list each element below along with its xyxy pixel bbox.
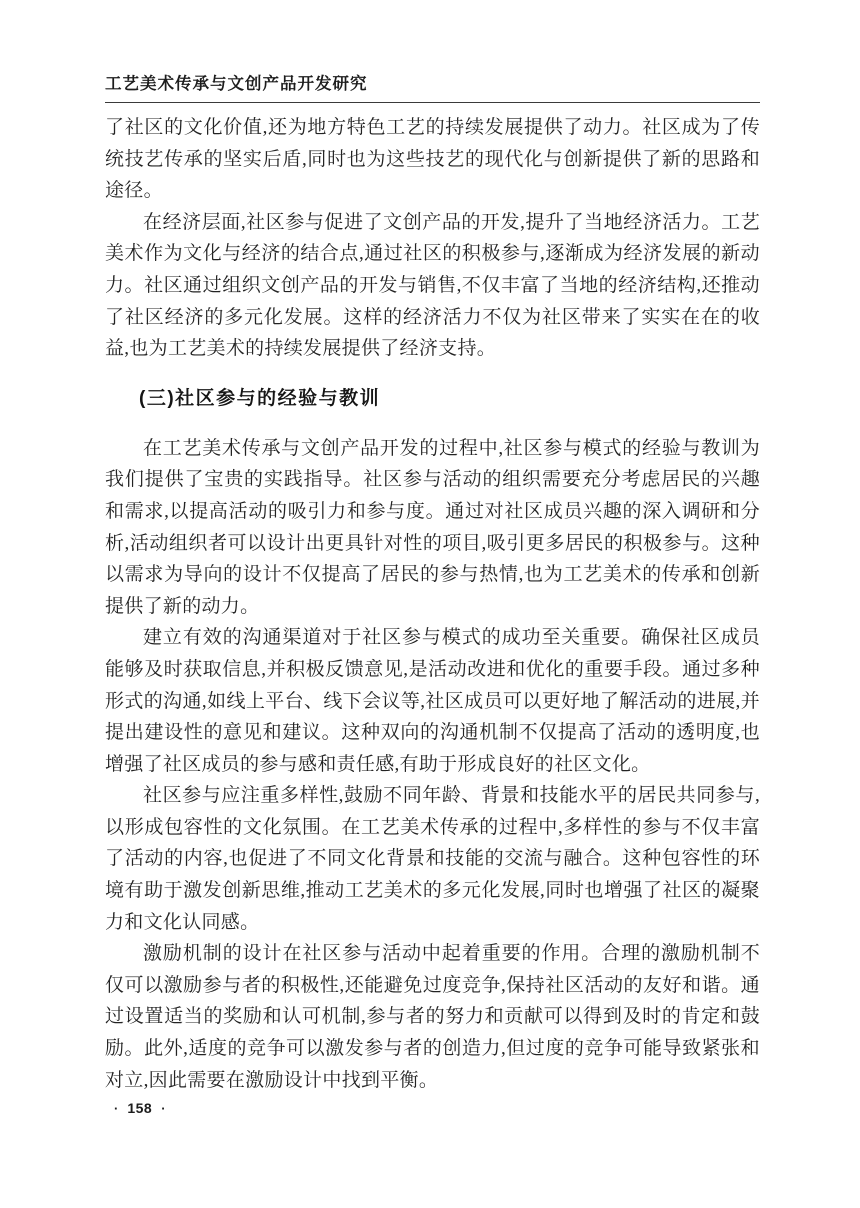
body-paragraph: 了社区的文化价值,还为地方特色工艺的持续发展提供了动力。社区成为了传统技艺传承的… (105, 112, 760, 207)
page-header: 工艺美术传承与文创产品开发研究 (105, 74, 760, 103)
body-paragraph: 在工艺美术传承与文创产品开发的过程中,社区参与模式的经验与教训为我们提供了宝贵的… (105, 433, 760, 623)
body-paragraph: 在经济层面,社区参与促进了文创产品的开发,提升了当地经济活力。工艺美术作为文化与… (105, 207, 760, 365)
page-body: 了社区的文化价值,还为地方特色工艺的持续发展提供了动力。社区成为了传统技艺传承的… (105, 112, 760, 1096)
page-footer: · 158 · (105, 1100, 175, 1116)
page-number: 158 (127, 1100, 152, 1116)
page-content: 工艺美术传承与文创产品开发研究 了社区的文化价值,还为地方特色工艺的持续发展提供… (105, 74, 760, 1096)
footer-dot-right: · (161, 1101, 165, 1116)
footer-dot-left: · (114, 1101, 118, 1116)
running-head-title: 工艺美术传承与文创产品开发研究 (105, 75, 368, 93)
body-paragraph: 激励机制的设计在社区参与活动中起着重要的作用。合理的激励机制不仅可以激励参与者的… (105, 938, 760, 1096)
body-paragraph: 社区参与应注重多样性,鼓励不同年龄、背景和技能水平的居民共同参与,以形成包容性的… (105, 780, 760, 938)
section-heading: (三)社区参与的经验与教训 (105, 384, 760, 414)
body-paragraph: 建立有效的沟通渠道对于社区参与模式的成功至关重要。确保社区成员能够及时获取信息,… (105, 622, 760, 780)
document-page: 工艺美术传承与文创产品开发研究 了社区的文化价值,还为地方特色工艺的持续发展提供… (0, 0, 860, 1208)
